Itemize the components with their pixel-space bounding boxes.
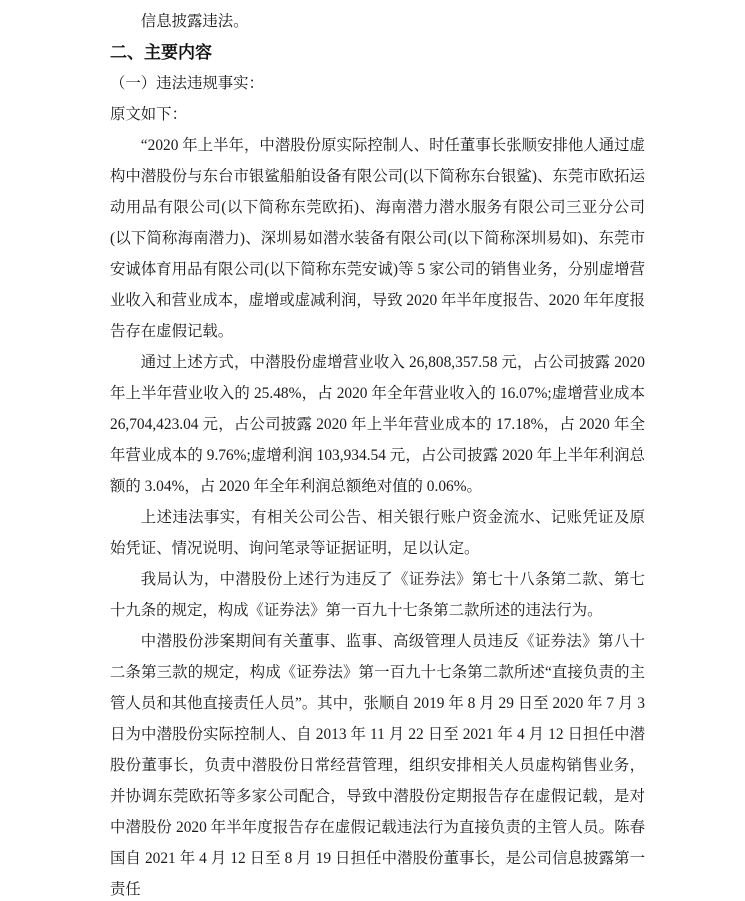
carryover-line: 信息披露违法。 bbox=[110, 6, 645, 37]
paragraph-violation-facts: “2020 年上半年，中潜股份原实际控制人、时任董事长张顺安排他人通过虚构中潜股… bbox=[110, 130, 645, 347]
document-page: 信息披露违法。 二、主要内容 （一）违法违规事实： 原文如下： “2020 年上… bbox=[0, 0, 745, 901]
paragraph-inflated-figures: 通过上述方式，中潜股份虚增营业收入 26,808,357.58 元，占公司披露 … bbox=[110, 347, 645, 502]
subsection-heading: （一）违法违规事实： bbox=[110, 68, 645, 99]
paragraph-responsible-persons: 中潜股份涉案期间有关董事、监事、高级管理人员违反《证券法》第八十二条第三款的规定… bbox=[110, 626, 645, 901]
paragraph-legal-basis: 我局认为，中潜股份上述行为违反了《证券法》第七十八条第二款、第七十九条的规定，构… bbox=[110, 564, 645, 626]
lead-in-label: 原文如下： bbox=[110, 99, 645, 130]
paragraph-evidence: 上述违法事实，有相关公司公告、相关银行账户资金流水、记账凭证及原始凭证、情况说明… bbox=[110, 502, 645, 564]
section-heading: 二、主要内容 bbox=[110, 37, 645, 68]
